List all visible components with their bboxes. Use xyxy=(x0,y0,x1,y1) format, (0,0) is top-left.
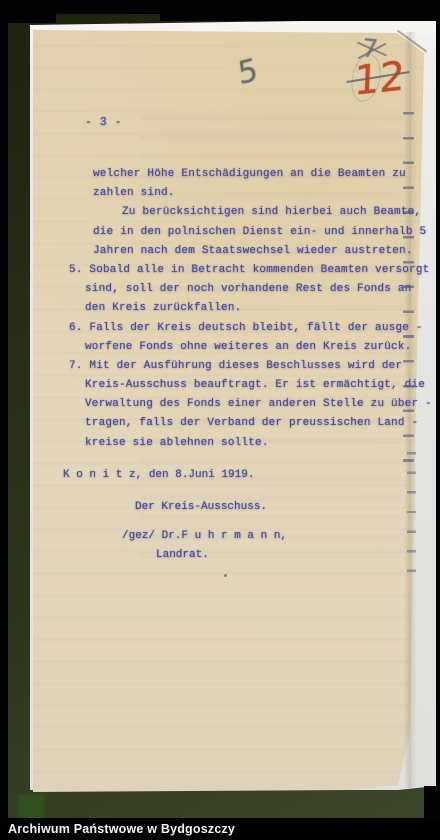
typewritten-line: welcher Höhe Entschädigungen an die Beam… xyxy=(62,165,412,184)
typewritten-line-item-5: 5. Sobald alle in Betracht kommenden Bea… xyxy=(62,261,412,280)
typewritten-line: Zu berücksichtigen sind hierbei auch Bea… xyxy=(62,203,412,222)
typewritten-line: den Kreis zurückfallen. xyxy=(62,299,412,318)
typewritten-line: kreise sie ablehnen sollte. xyxy=(62,434,412,453)
typewritten-line-item-6: 6. Falls der Kreis deutsch bleibt, fällt… xyxy=(62,319,412,338)
dateline: K o n i t z, den 8.Juni 1919. xyxy=(63,469,254,481)
typewritten-line: zahlen sind. xyxy=(62,184,412,203)
ink-speck xyxy=(224,574,227,577)
frame-top-left xyxy=(0,0,56,23)
typewritten-line: Verwaltung des Fonds einer anderen Stell… xyxy=(62,395,412,414)
frame-left xyxy=(0,0,8,840)
binding-stitch-marks-lower xyxy=(407,452,416,572)
typewritten-line: die in den polnischen Dienst ein- und in… xyxy=(62,223,412,242)
typewritten-line: Kreis-Ausschuss beauftragt. Er ist ermäc… xyxy=(62,376,412,395)
signature-title: Landrat. xyxy=(156,549,209,561)
typewritten-line: worfene Fonds ohne weiteres an den Kreis… xyxy=(62,338,412,357)
page-number: - 3 - xyxy=(85,116,122,129)
archival-photo-frame: 5 7 12 - 3 - welcher Höhe Entschädigunge… xyxy=(0,0,440,840)
typewritten-line: tragen, falls der Verband der preussisch… xyxy=(62,414,412,433)
frame-right xyxy=(436,0,440,840)
typewritten-line-item-7: 7. Mit der Ausführung dieses Beschlusses… xyxy=(62,357,412,376)
typewritten-line: Jahren nach dem Staatswechsel wieder aus… xyxy=(62,242,412,261)
green-board-edge-patch xyxy=(18,794,44,818)
typewritten-text-block: welcher Höhe Entschädigungen an die Beam… xyxy=(62,165,412,453)
frame-top-right xyxy=(160,0,440,21)
signature-organization: Der Kreis-Ausschuss. xyxy=(135,501,267,513)
archive-watermark-label: Archiwum Państwowe w Bydgoszczy xyxy=(8,822,235,836)
typewritten-line: sind, soll der noch vorhandene Rest des … xyxy=(62,280,412,299)
signature-name: /gez/ Dr.F u h r m a n n, xyxy=(122,530,287,542)
